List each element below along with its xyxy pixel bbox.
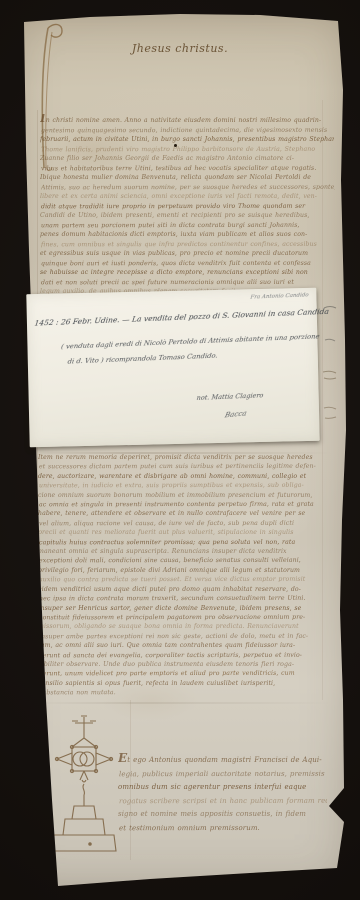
label-corner-note: Fra Antonio Candido: [250, 292, 309, 300]
manuscript-line: dati et non soluti precii ac spei future…: [41, 277, 335, 287]
manuscript-line: didit atque tradidit iure proprio in per…: [41, 201, 335, 211]
manuscript-line: In christi nomine amen. Anno a nativitat…: [40, 114, 334, 126]
manuscript-line: Insuper ser Henricus sartor, gener dicte…: [38, 604, 334, 613]
manuscript-line: et testimonium omnium premissorum.: [119, 821, 327, 835]
manuscript-line: dere, auctorizare, warentare et disbriga…: [38, 472, 334, 481]
parchment-sheet: Jhesus christus. In christi nomine amen.…: [0, 0, 360, 900]
manuscript-line: verunt ad sancta dei evangelia, corporal…: [39, 650, 335, 660]
manuscript-line: rogatus scribere scripsi et in hanc publ…: [119, 794, 327, 808]
ink-blot: [174, 144, 177, 147]
manuscript-line: universitate, in iudicio et extra, suis …: [39, 481, 335, 491]
manuscript-line: Attimis, suo ac heredum suorum nomine, p…: [41, 182, 335, 192]
manuscript-line: eidem venditrici usum aque dicti putei p…: [38, 585, 334, 594]
manuscript-line: quinque boni auri et iusti ponderis, quo…: [41, 258, 335, 268]
manuscript-line: tum, ac omni alii suo iuri. Que omnia ta…: [38, 641, 334, 650]
manuscript-line: omnibus dum sic agerentur presens interf…: [118, 781, 326, 795]
manuscript-line: capitulis huius contractus solemniter pr…: [39, 537, 335, 547]
manuscript-line: Ibique honesta mulier domina Benvenuta, …: [40, 173, 334, 183]
manuscript-line: libere et ex certa animi sciencia, omni …: [40, 192, 334, 202]
fold-crease-lower: [32, 702, 332, 704]
photograph-of-charter: Jhesus christus. In christi nomine amen.…: [0, 0, 360, 900]
manuscript-line: vel alium, aliqua racione vel causa, de …: [39, 519, 335, 529]
margin-ruling-signum: [130, 700, 131, 860]
manuscript-line: legia, publicus imperiali auctoritate no…: [119, 767, 327, 781]
manuscript-line: Thome lanificis, prudenti viro magistro …: [41, 144, 335, 154]
manuscript-line: ac omnia et singula in presenti instrume…: [39, 500, 335, 510]
label-description-line: ( venduta dagli eredi di Nicolò Pertoldo…: [61, 332, 321, 350]
manuscript-line: fines, cum omnibus et singulis que infra…: [41, 239, 335, 249]
manuscript-line: signo et nomine meis appositis consuetis…: [118, 808, 326, 822]
text-block-upper: In christi nomine amen. Anno a nativitat…: [40, 114, 334, 297]
manuscript-line: verunt, unum videlicet pro parte emptori…: [39, 669, 335, 679]
archival-label: Fra Antonio Candido 1452 : 26 Febr. Udin…: [26, 288, 319, 448]
manuscript-line: maneant omnia et singula suprascripta. R…: [38, 547, 334, 556]
manuscript-line: constituit fideiussorem et principalem p…: [39, 613, 335, 623]
manuscript-line: unam partem seu porcionem putei siti in …: [41, 220, 335, 230]
label-date-title: 1452 : 26 Febr. Udine. — La vendita del …: [34, 307, 330, 328]
manuscript-line: Zuanne filio ser Johannis Georgii de Fae…: [40, 154, 334, 164]
manuscript-line: labiliter observare. Unde duo publica in…: [38, 660, 334, 669]
manuscript-line: Et ego Antonius quondam magistri Francis…: [118, 752, 326, 768]
manuscript-line: auxilio quo contra predicta se tueri pos…: [39, 575, 335, 585]
manuscript-line: Candidi de Utino, ibidem presenti, ement…: [40, 211, 334, 221]
manuscript-line: et egressibus suis usque in vias publica…: [40, 249, 334, 259]
marginal-ink-marks-icon: [320, 300, 342, 440]
manuscript-line: nec ipsa in dicta contrata moram traxeri…: [39, 594, 335, 604]
notarial-signum-icon: [44, 714, 126, 854]
manuscript-line: gentesimo quinquagesimo secundo, indicti…: [41, 125, 335, 135]
label-notary-attribution: not. Mattia Clagiero: [196, 391, 264, 402]
manuscript-line: vibus et habitatoribus terre Utini, test…: [41, 163, 335, 173]
manuscript-line: cione omnium suorum bonorum mobilium et …: [38, 491, 334, 500]
margin-ruling-right: [322, 100, 323, 700]
label-description-line: di d. Vito ) ricomprandola Tomaso Candid…: [67, 352, 218, 366]
manuscript-line: habere, tenere, attendere et observare e…: [38, 509, 334, 518]
manuscript-line: se habuisse ac integre recepisse a dicto…: [40, 268, 334, 278]
text-block-lower: Item ne rerum memoria deperiret, promisi…: [38, 453, 334, 698]
label-signature-flourish: Bacca: [224, 410, 248, 420]
invocation-heading: Jhesus christus.: [0, 42, 360, 55]
manuscript-line: precii et quanti res meliorata fuerit au…: [38, 528, 334, 537]
manuscript-line: privilegio fori, feriarum, epistole divi…: [38, 566, 334, 575]
fold-crease-upper: [32, 452, 332, 454]
manuscript-line: missorum, obligando se suaque bona omnia…: [38, 622, 334, 631]
margin-ruling-left: [37, 110, 38, 886]
manuscript-line: substancia non mutata.: [39, 688, 335, 698]
manuscript-line: februarii, actum in civitate Utini, in b…: [40, 135, 334, 145]
manuscript-line: penes domum habitacionis dicti emptoris,…: [40, 230, 334, 240]
manuscript-line: consilio sapientis si opus fuerit, refec…: [38, 679, 334, 688]
manuscript-line: et successores dictam partem putei cum s…: [39, 462, 335, 472]
manuscript-line: Item ne rerum memoria deperiret, promisi…: [38, 453, 334, 462]
manuscript-line: insuper ambe partes exceptioni rei non s…: [39, 631, 335, 641]
pen-flourish-icon: [28, 20, 72, 180]
notary-subscription-block: Et ego Antonius quondam magistri Francis…: [118, 752, 326, 835]
manuscript-line: exceptioni doli mali, condicioni sine ca…: [39, 556, 335, 566]
